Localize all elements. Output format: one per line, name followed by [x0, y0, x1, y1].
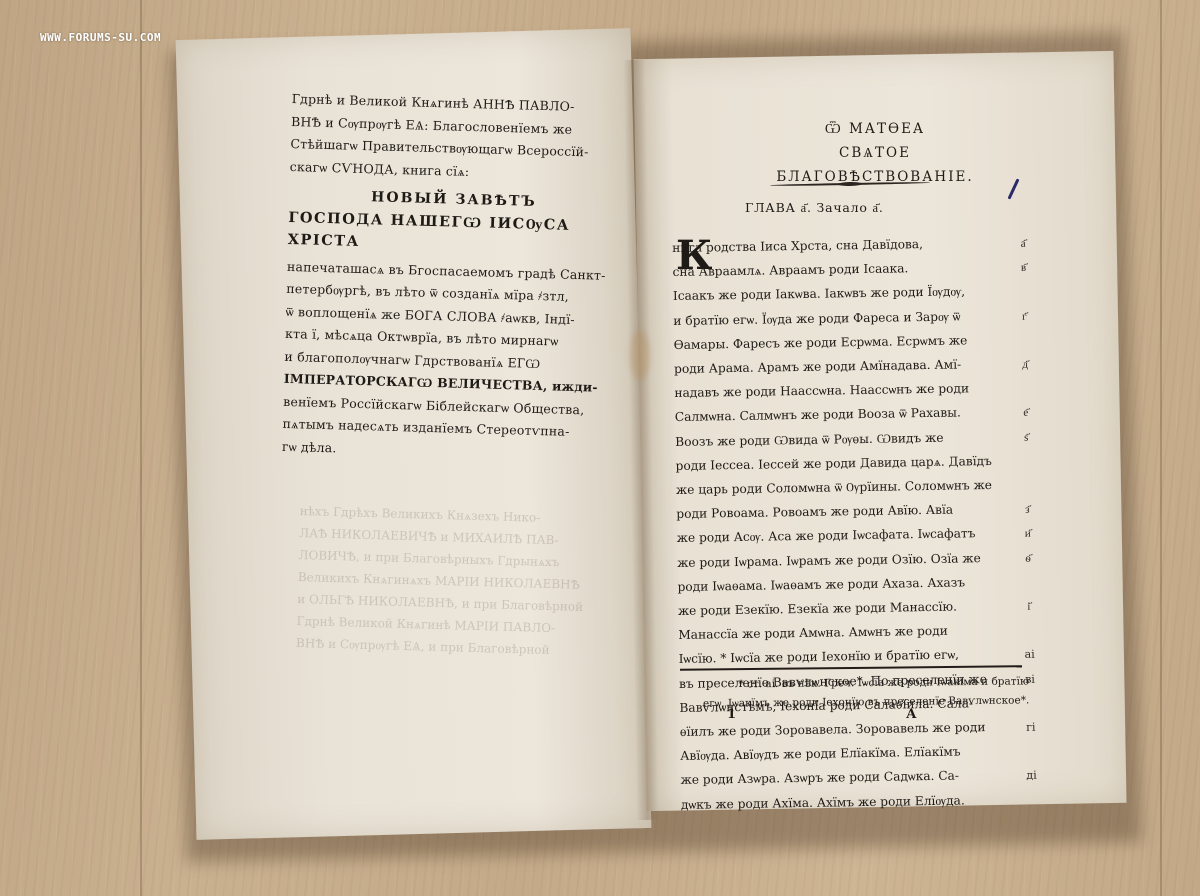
verse-number: і҃ — [1014, 595, 1044, 620]
right-page-text: нига родства Іиса Хрста, сна Давїдова, с… — [672, 230, 1041, 816]
verse-number — [1011, 449, 1041, 474]
verse-number — [1010, 328, 1040, 353]
verse-number: ѳ҃ — [1013, 546, 1043, 571]
verse-number: г҃ — [1009, 304, 1039, 329]
chapter-heading: ГЛАВА а҃. Зачало а҃. — [745, 200, 884, 216]
verse-number: в҃ — [1008, 256, 1038, 281]
heading-matthew: Ѿ МАТѲЕА — [760, 117, 990, 141]
verse-number: д҃ — [1010, 353, 1040, 378]
signature-mark: А — [906, 707, 917, 722]
watermark: WWW.FORUMS-SU.COM — [40, 31, 161, 44]
verse-number — [1013, 570, 1043, 595]
verse-number: аі — [1014, 643, 1044, 668]
left-page-text: Гдрнѣ и Великой Кнѧгинѣ АННѢ ПАВЛО- ВНѢ … — [282, 88, 622, 467]
verse-number — [1009, 280, 1039, 305]
verse-number — [1010, 377, 1040, 402]
verse-number — [1017, 788, 1047, 813]
table-plank-seam — [1160, 0, 1162, 896]
verse-number — [1014, 619, 1044, 644]
verse-number — [1012, 474, 1042, 499]
verse-number: ді — [1016, 764, 1046, 789]
verse-number: а҃ — [1008, 232, 1038, 257]
page-number: 1 — [727, 707, 736, 722]
verse-number: гі — [1016, 716, 1046, 741]
left-page-bleed-through: нѣхъ Гдрѣхъ Великихъ Кнѧзехъ Нико- ЛАѢ Н… — [296, 500, 620, 663]
verse-number: з҃ — [1012, 498, 1042, 523]
paper-stain — [630, 330, 650, 380]
title-lord-jesus-christ: ГОСПОДА НАШЕГѠ ІИСѸСА ХРІСТА — [287, 206, 618, 260]
verse-number — [1016, 740, 1046, 765]
table-plank-seam — [140, 0, 142, 896]
gospel-heading: Ѿ МАТѲЕА СВѦТОЕ БЛАГОВѢСТВОВАНІЕ. — [760, 117, 990, 189]
verse-number: и҃ — [1013, 522, 1043, 547]
verse-number: ѕ҃ — [1011, 425, 1041, 450]
verse-number: е҃ — [1011, 401, 1041, 426]
